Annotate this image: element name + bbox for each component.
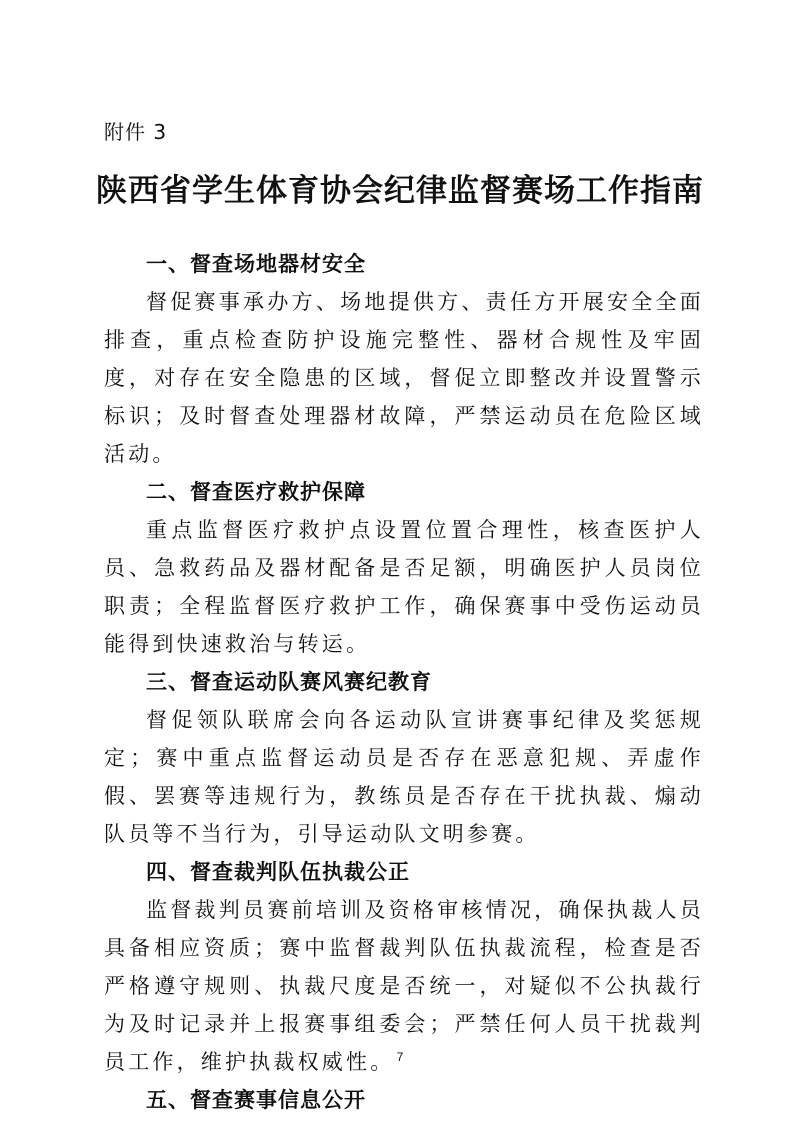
section-paragraph: 督促领队联席会向各运动队宣讲赛事纪律及奖惩规定；赛中重点监督运动员是否存在恶意犯… (104, 701, 704, 853)
section-heading: 三、督查运动队赛风赛纪教育 (104, 663, 704, 701)
section-heading: 二、督查医疗救护保障 (104, 473, 704, 511)
document-title: 陕西省学生体育协会纪律监督赛场工作指南 (0, 165, 800, 210)
section-2: 二、督查医疗救护保障 重点监督医疗救护点设置位置合理性，核查医护人员、急救药品及… (104, 473, 704, 663)
section-5: 五、督查赛事信息公开 (104, 1081, 704, 1119)
section-heading: 一、督查场地器材安全 (104, 245, 704, 283)
section-4: 四、督查裁判队伍执裁公正 监督裁判员赛前培训及资格审核情况，确保执裁人员具备相应… (104, 853, 704, 1081)
page-number: 7 (0, 1050, 800, 1064)
section-1: 一、督查场地器材安全 督促赛事承办方、场地提供方、责任方开展安全全面排查，重点检… (104, 245, 704, 473)
section-paragraph: 重点监督医疗救护点设置位置合理性，核查医护人员、急救药品及器材配备是否足额，明确… (104, 511, 704, 663)
section-3: 三、督查运动队赛风赛纪教育 督促领队联席会向各运动队宣讲赛事纪律及奖惩规定；赛中… (104, 663, 704, 853)
attachment-label: 附件 3 (104, 116, 167, 145)
section-heading: 四、督查裁判队伍执裁公正 (104, 853, 704, 891)
section-heading: 五、督查赛事信息公开 (104, 1081, 704, 1119)
section-paragraph: 督促赛事承办方、场地提供方、责任方开展安全全面排查，重点检查防护设施完整性、器材… (104, 283, 704, 473)
document-body: 一、督查场地器材安全 督促赛事承办方、场地提供方、责任方开展安全全面排查，重点检… (104, 245, 704, 1119)
